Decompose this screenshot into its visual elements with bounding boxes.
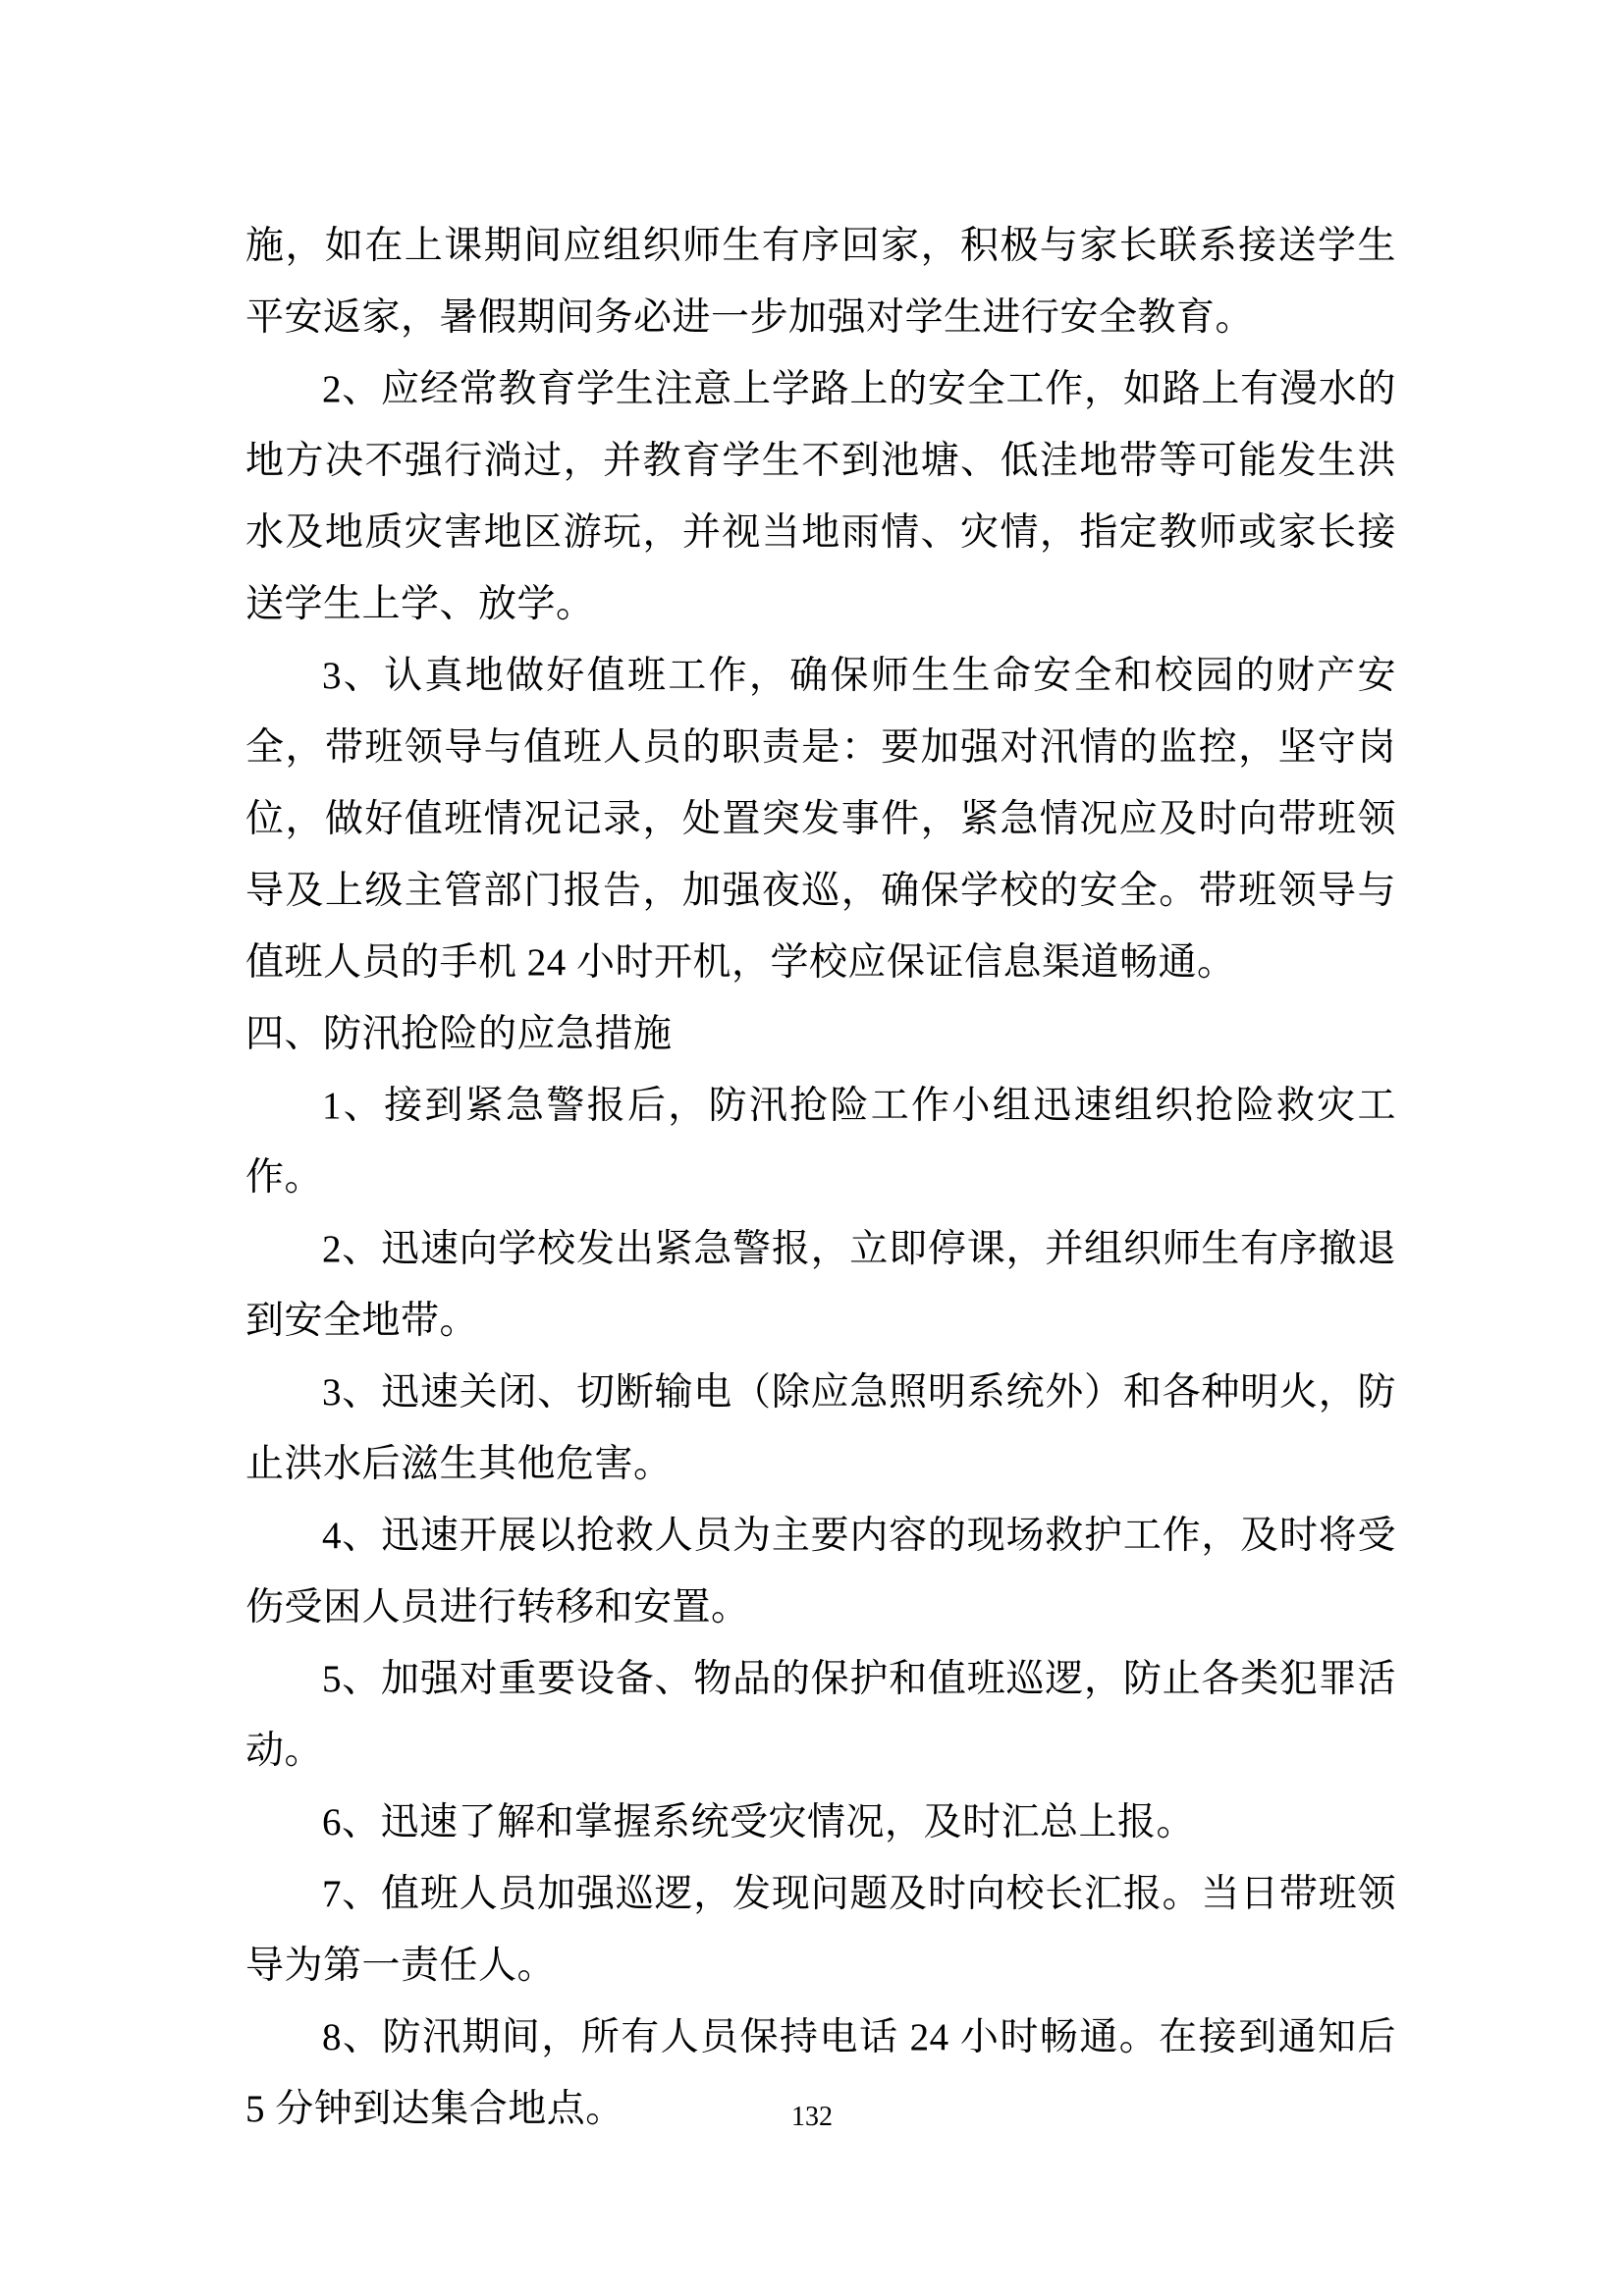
document-body: 施，如在上课期间应组织师生有序回家，积极与家长联系接送学生平安返家，暑假期间务必…	[245, 210, 1396, 2145]
paragraph-emergency-6: 6、迅速了解和掌握系统受灾情况，及时汇总上报。	[245, 1787, 1396, 1858]
paragraph-emergency-1: 1、接到紧急警报后，防汛抢险工作小组迅速组织抢险救灾工作。	[245, 1070, 1396, 1213]
paragraph-emergency-7: 7、值班人员加强巡逻，发现问题及时向校长汇报。当日带班领导为第一责任人。	[245, 1858, 1396, 2002]
document-page: 施，如在上课期间应组织师生有序回家，积极与家长联系接送学生平安返家，暑假期间务必…	[0, 0, 1624, 2296]
paragraph-emergency-2: 2、迅速向学校发出紧急警报，立即停课，并组织师生有序撤退到安全地带。	[245, 1213, 1396, 1357]
page-footer: 132	[0, 2101, 1624, 2134]
paragraph-item-2: 2、应经常教育学生注意上学路上的安全工作，如路上有漫水的地方决不强行淌过，并教育…	[245, 353, 1396, 640]
paragraph-item-3: 3、认真地做好值班工作，确保师生生命安全和校园的财产安全，带班领导与值班人员的职…	[245, 640, 1396, 998]
paragraph-emergency-3: 3、迅速关闭、切断输电（除应急照明系统外）和各种明火，防止洪水后滋生其他危害。	[245, 1357, 1396, 1500]
page-number: 132	[791, 2102, 833, 2132]
section-heading: 四、防汛抢险的应急措施	[245, 998, 1396, 1070]
paragraph-emergency-5: 5、加强对重要设备、物品的保护和值班巡逻，防止各类犯罪活动。	[245, 1643, 1396, 1787]
paragraph-emergency-4: 4、迅速开展以抢救人员为主要内容的现场救护工作，及时将受伤受困人员进行转移和安置…	[245, 1500, 1396, 1643]
paragraph-continuation: 施，如在上课期间应组织师生有序回家，积极与家长联系接送学生平安返家，暑假期间务必…	[245, 210, 1396, 353]
